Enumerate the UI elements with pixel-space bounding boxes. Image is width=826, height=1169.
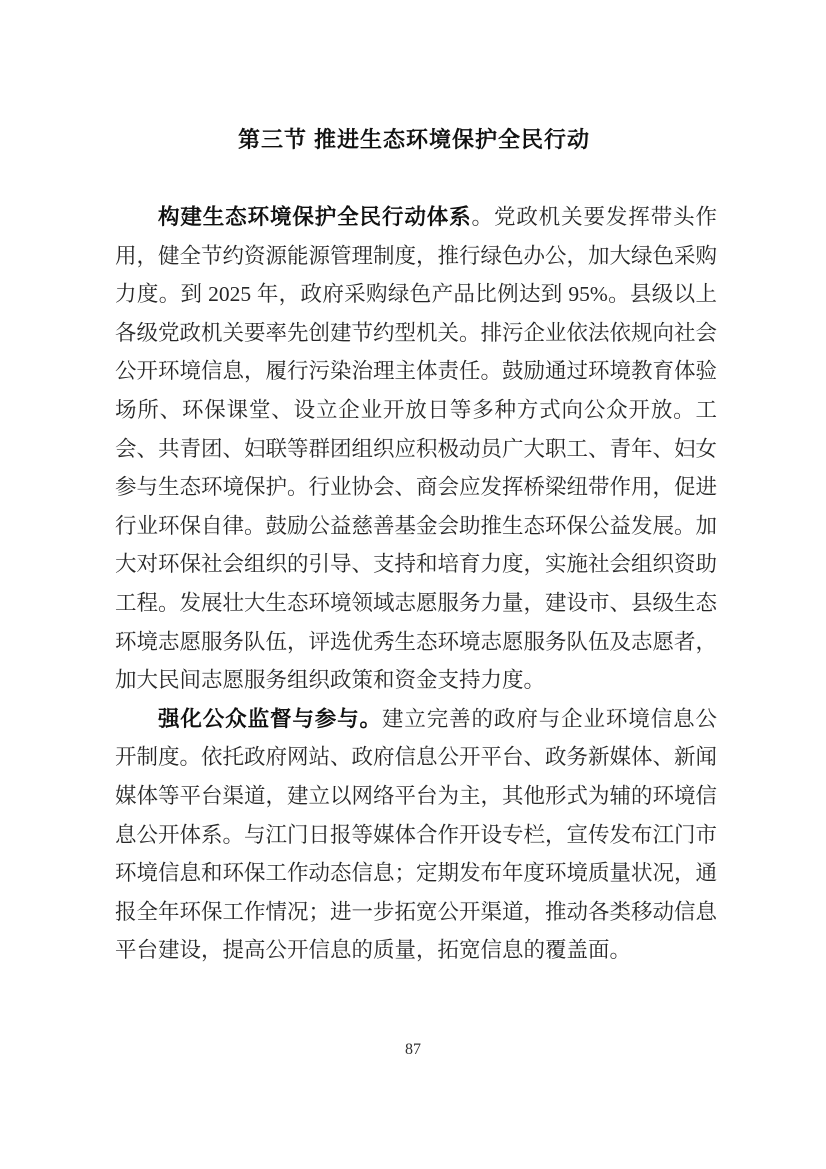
- paragraph-2: 强化公众监督与参与。建立完善的政府与企业环境信息公开制度。依托政府网站、政府信息…: [115, 700, 717, 970]
- section-title: 第三节 推进生态环境保护全民行动: [113, 124, 715, 156]
- page-number: 87: [0, 1040, 826, 1060]
- document-page: 第三节 推进生态环境保护全民行动 构建生态环境保护全民行动体系。党政机关要发挥带…: [0, 0, 826, 1169]
- paragraph-1-lead-separator: 。: [472, 205, 494, 229]
- paragraph-2-lead: 强化公众监督与参与。: [158, 707, 382, 731]
- paragraph-1-text: 党政机关要发挥带头作用，健全节约资源能源管理制度，推行绿色办公，加大绿色采购力度…: [115, 205, 717, 692]
- paragraph-2-text: 建立完善的政府与企业环境信息公开制度。依托政府网站、政府信息公开平台、政务新媒体…: [115, 707, 717, 963]
- document-body: 构建生态环境保护全民行动体系。党政机关要发挥带头作用，健全节约资源能源管理制度，…: [115, 198, 717, 970]
- paragraph-1-lead: 构建生态环境保护全民行动体系: [158, 205, 472, 229]
- paragraph-1: 构建生态环境保护全民行动体系。党政机关要发挥带头作用，健全节约资源能源管理制度，…: [115, 198, 717, 700]
